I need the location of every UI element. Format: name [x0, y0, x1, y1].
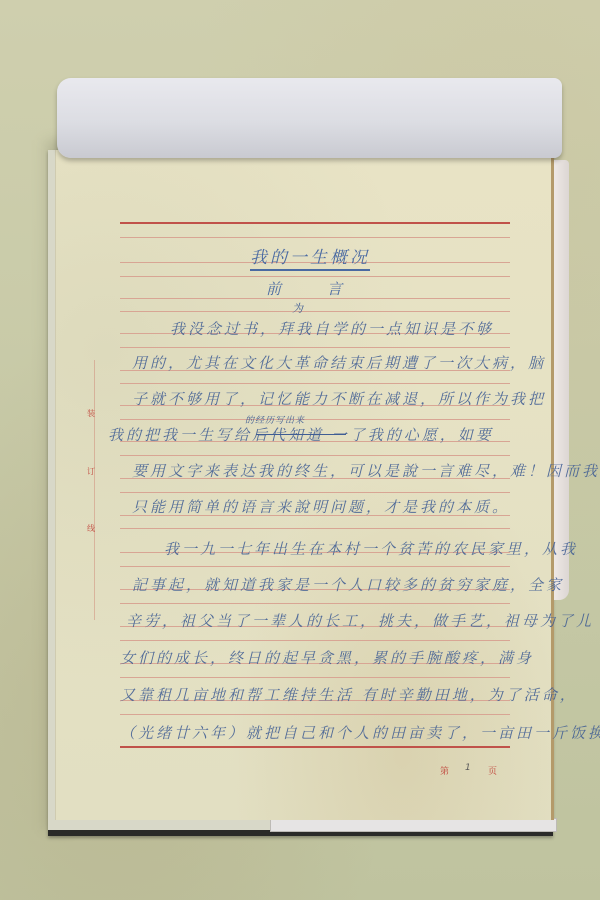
notebook-side-strip	[553, 160, 569, 600]
binding-mark: 线	[87, 523, 95, 534]
text-line: 女们的成长，终日的起早贪黑，累的手腕酸疼，满身	[120, 647, 500, 668]
text-line: 只能用简单的语言来說明问题，才是我的本质。	[132, 496, 512, 517]
insertion-note: 为	[292, 300, 304, 316]
page-number: 1	[465, 763, 471, 773]
document-subtitle: 前言	[266, 278, 388, 299]
text-line: 子就不够用了，记忆能力不断在减退，所以作为我把	[132, 388, 512, 409]
ruled-line	[120, 419, 510, 420]
ruled-line	[120, 566, 510, 567]
text-line: 用的，尤其在文化大革命结束后期遭了一次大病，脑	[132, 352, 512, 373]
ruled-line	[120, 455, 510, 456]
document-title: 我的一生概况	[250, 243, 370, 271]
text-line: 辛劳，祖父当了一辈人的长工，挑夫，做手艺，祖母为了儿	[126, 610, 506, 631]
ruled-line	[120, 677, 510, 678]
ruled-line	[120, 383, 510, 384]
binding-mark: 装	[87, 408, 95, 419]
strikethrough	[256, 434, 346, 435]
ruled-line	[120, 311, 510, 312]
page-label-prefix: 第	[440, 764, 449, 777]
ruled-line	[120, 603, 510, 604]
ruled-line	[120, 237, 510, 238]
notebook-under-strip	[270, 818, 557, 832]
text-line: 要用文字来表达我的终生，可以是說一言难尽，难！因而我	[132, 460, 512, 481]
binding-margin-line	[94, 360, 95, 620]
text-line: 記事起，就知道我家是一个人口较多的贫穷家庭，全家	[132, 574, 512, 595]
rolled-cover[interactable]	[57, 78, 562, 158]
page-label-suffix: 页	[488, 764, 497, 777]
text-line: （光绪廿六年）就把自己和个人的田亩卖了，一亩田一斤饭换了	[120, 722, 500, 743]
ruled-line	[120, 528, 510, 529]
ruled-line	[120, 347, 510, 348]
ruled-line	[120, 714, 510, 715]
ruled-line-bottom	[120, 746, 510, 748]
ruled-line	[120, 276, 510, 277]
text-line: 我没念过书，拜我自学的一点知识是不够	[170, 318, 550, 339]
binding-mark: 订	[87, 466, 95, 477]
text-line: 又靠租几亩地和帮工维持生活 有时辛勤田地，为了活命，	[120, 684, 500, 705]
ruled-line	[120, 640, 510, 641]
ruled-line-top	[120, 222, 510, 224]
ruled-line	[120, 492, 510, 493]
text-line: 我一九一七年出生在本村一个贫苦的农民家里，从我	[164, 538, 544, 559]
